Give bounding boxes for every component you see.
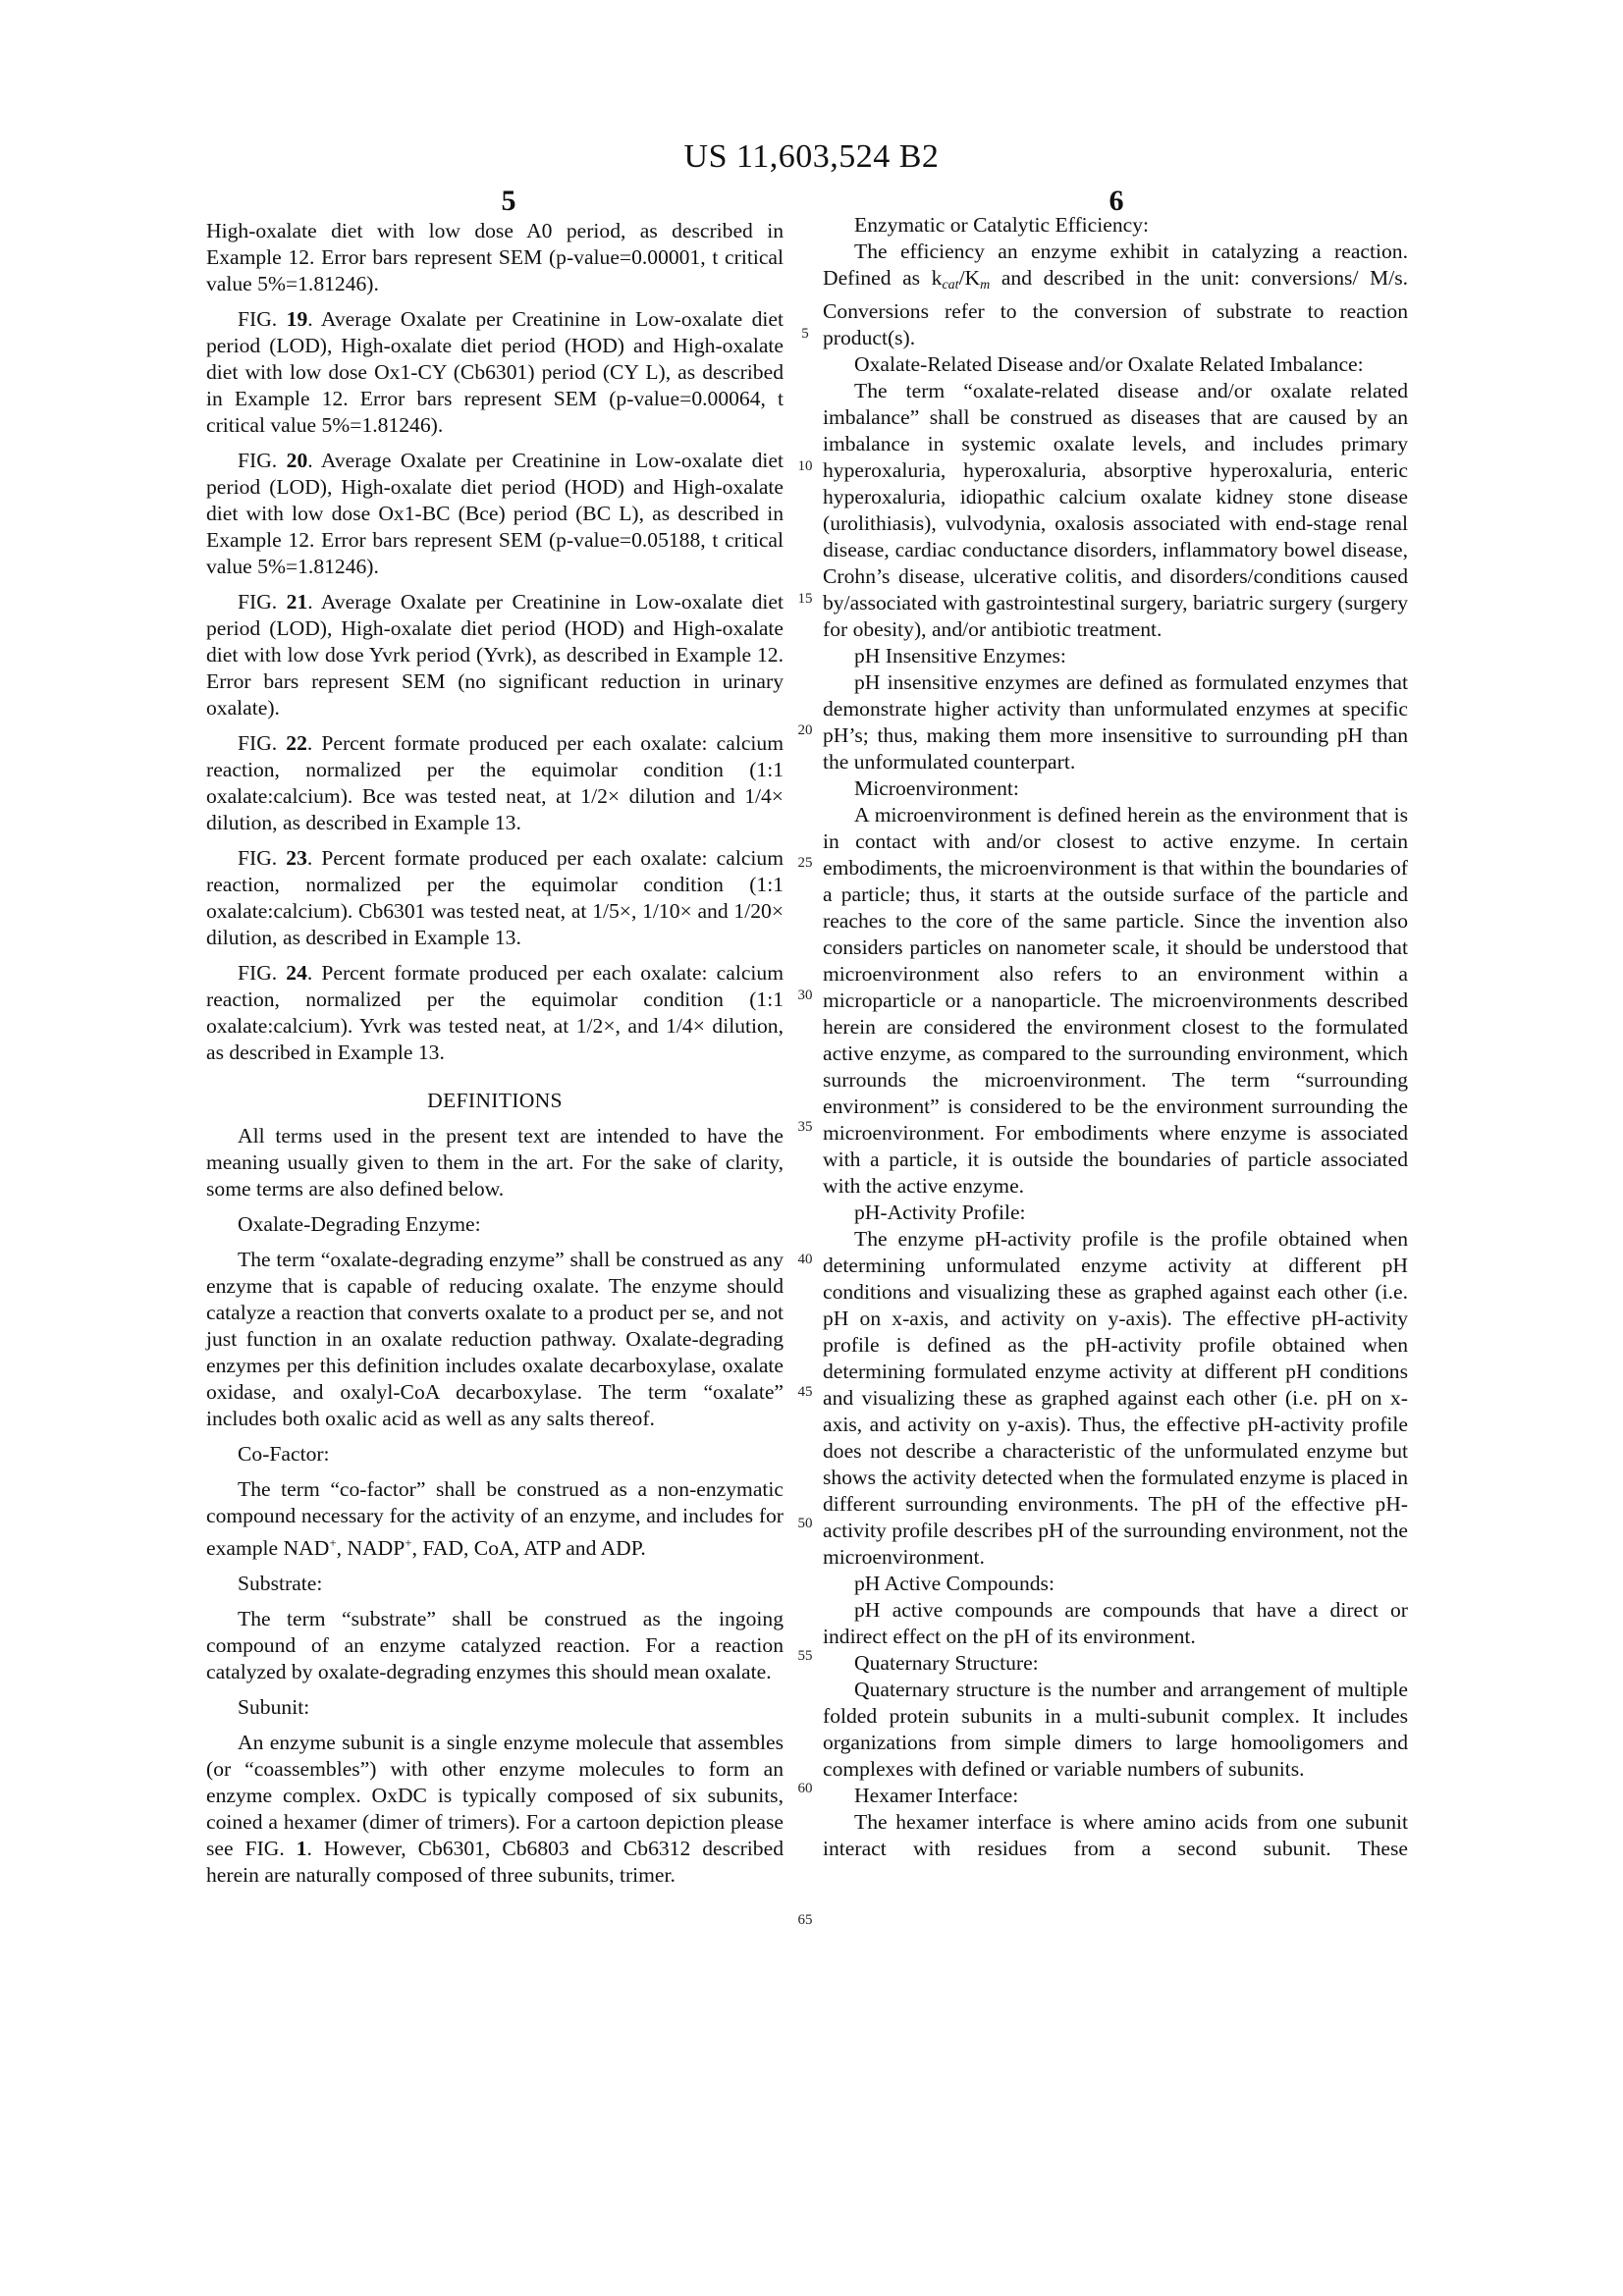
term-heading-ph-active-compounds: pH Active Compounds: bbox=[823, 1571, 1408, 1597]
term-heading-substrate: Substrate: bbox=[206, 1571, 784, 1597]
term-definition-microenvironment: A microenvironment is defined herein as … bbox=[823, 802, 1408, 1200]
left-column-number: 5 bbox=[479, 185, 538, 218]
term-heading-co-factor: Co-Factor: bbox=[206, 1441, 784, 1468]
term-heading-subunit: Subunit: bbox=[206, 1694, 784, 1721]
figure-description-20: FIG. 20. Average Oxalate per Creatinine … bbox=[206, 448, 784, 580]
line-number: 50 bbox=[790, 1515, 820, 1532]
term-definition-hexamer-interface: The hexamer interface is where amino aci… bbox=[823, 1809, 1408, 1862]
line-number: 65 bbox=[790, 1911, 820, 1929]
term-definition-substrate: The term “substrate” shall be construed … bbox=[206, 1606, 784, 1685]
term-definition-co-factor: The term “co-factor” shall be construed … bbox=[206, 1476, 784, 1562]
term-heading-microenvironment: Microenvironment: bbox=[823, 775, 1408, 802]
right-column: Enzymatic or Catalytic Efficiency: The e… bbox=[823, 212, 1408, 1862]
term-definition-ph-active-compounds: pH active compounds are compounds that h… bbox=[823, 1597, 1408, 1650]
definitions-intro: All terms used in the present text are i… bbox=[206, 1123, 784, 1202]
line-number: 25 bbox=[790, 854, 820, 872]
line-number: 30 bbox=[790, 987, 820, 1004]
term-definition-oxalate-related-disease: The term “oxalate-related disease and/or… bbox=[823, 378, 1408, 643]
definitions-heading: DEFINITIONS bbox=[206, 1088, 784, 1114]
line-number: 55 bbox=[790, 1647, 820, 1665]
term-definition-ph-activity-profile: The enzyme pH-activity profile is the pr… bbox=[823, 1226, 1408, 1571]
line-number: 45 bbox=[790, 1383, 820, 1401]
figure-description-24: FIG. 24. Percent formate produced per ea… bbox=[206, 960, 784, 1066]
term-definition-quaternary-structure: Quaternary structure is the number and a… bbox=[823, 1677, 1408, 1783]
line-number: 20 bbox=[790, 721, 820, 739]
left-column: High-oxalate diet with low dose A0 perio… bbox=[206, 218, 784, 1897]
line-number: 60 bbox=[790, 1780, 820, 1797]
line-number: 15 bbox=[790, 590, 820, 608]
patent-number: US 11,603,524 B2 bbox=[0, 137, 1623, 177]
continued-paragraph: High-oxalate diet with low dose A0 perio… bbox=[206, 218, 784, 297]
figure-description-23: FIG. 23. Percent formate produced per ea… bbox=[206, 845, 784, 951]
term-heading-oxalate-related-disease: Oxalate-Related Disease and/or Oxalate R… bbox=[823, 351, 1408, 378]
term-definition-catalytic-efficiency: The efficiency an enzyme exhibit in cata… bbox=[823, 239, 1408, 351]
figure-description-21: FIG. 21. Average Oxalate per Creatinine … bbox=[206, 589, 784, 721]
line-number: 10 bbox=[790, 457, 820, 475]
term-heading-oxalate-degrading-enzyme: Oxalate-Degrading Enzyme: bbox=[206, 1211, 784, 1238]
term-heading-quaternary-structure: Quaternary Structure: bbox=[823, 1650, 1408, 1677]
term-heading-ph-activity-profile: pH-Activity Profile: bbox=[823, 1200, 1408, 1226]
line-number: 5 bbox=[790, 325, 820, 343]
term-heading-hexamer-interface: Hexamer Interface: bbox=[823, 1783, 1408, 1809]
line-number: 35 bbox=[790, 1118, 820, 1136]
term-definition-ph-insensitive-enzymes: pH insensitive enzymes are defined as fo… bbox=[823, 669, 1408, 775]
line-number: 40 bbox=[790, 1251, 820, 1268]
figure-description-19: FIG. 19. Average Oxalate per Creatinine … bbox=[206, 306, 784, 439]
term-definition-subunit: An enzyme subunit is a single enzyme mol… bbox=[206, 1730, 784, 1889]
figure-description-22: FIG. 22. Percent formate produced per ea… bbox=[206, 730, 784, 836]
term-definition-oxalate-degrading-enzyme: The term “oxalate-degrading enzyme” shal… bbox=[206, 1247, 784, 1432]
term-heading-catalytic-efficiency: Enzymatic or Catalytic Efficiency: bbox=[823, 212, 1408, 239]
term-heading-ph-insensitive-enzymes: pH Insensitive Enzymes: bbox=[823, 643, 1408, 669]
